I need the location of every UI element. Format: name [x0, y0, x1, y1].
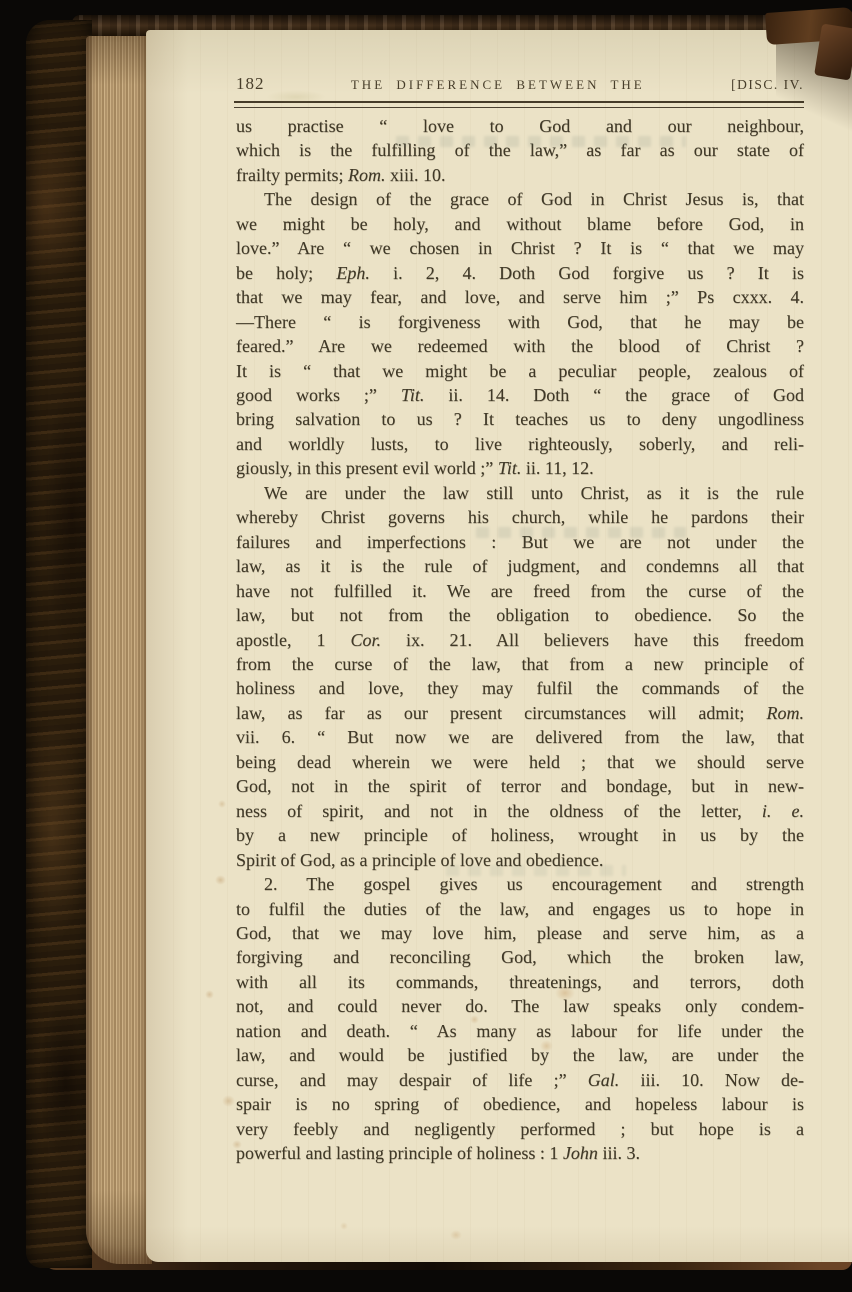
text-line: God, that we may love him, please and se…	[236, 921, 804, 945]
foxing-stain	[215, 875, 226, 885]
running-title: THE DIFFERENCE BETWEEN THE	[351, 77, 645, 93]
text-line: curse, and may despair of life ;” Gal. i…	[236, 1068, 804, 1092]
text-line: Spirit of God, as a principle of love an…	[236, 848, 804, 872]
torn-leather-corner	[814, 24, 852, 81]
text-line: us practise “ love to God and our neighb…	[236, 114, 804, 138]
text-line: which is the fulfilling of the law,” as …	[236, 138, 804, 162]
text-line: forgiving and reconciling God, which the…	[236, 945, 804, 969]
page-number: 182	[236, 74, 265, 94]
page-header: 182 THE DIFFERENCE BETWEEN THE [DISC. IV…	[236, 74, 804, 94]
page-body: us practise “ love to God and our neighb…	[236, 114, 804, 1165]
text-line: law, but not from the obligation to obed…	[236, 603, 804, 627]
text-line: good works ;” Tit. ii. 14. Doth “ the gr…	[236, 383, 804, 407]
text-line: to fulfil the duties of the law, and eng…	[236, 897, 804, 921]
foxing-stain	[450, 1230, 462, 1240]
text-line: 2. The gospel gives us encouragement and…	[236, 872, 804, 896]
book-page: 182 THE DIFFERENCE BETWEEN THE [DISC. IV…	[146, 30, 852, 1262]
foxing-stain	[205, 990, 214, 999]
text-line: —There “ is forgiveness with God, that h…	[236, 310, 804, 334]
text-line: being dead wherein we were held ; that w…	[236, 750, 804, 774]
text-line: vii. 6. “ But now we are delivered from …	[236, 725, 804, 749]
foxing-stain	[340, 1222, 348, 1230]
text-line: law, and would be justified by the law, …	[236, 1043, 804, 1067]
fore-edge-page-stack	[86, 36, 152, 1264]
foxing-stain	[222, 1095, 235, 1107]
text-line: law, as far as our present circumstances…	[236, 701, 804, 725]
photo-backdrop: 182 THE DIFFERENCE BETWEEN THE [DISC. IV…	[0, 0, 852, 1292]
text-line: law, as it is the rule of judgment, and …	[236, 554, 804, 578]
text-line: It is “ that we might be a peculiar peop…	[236, 359, 804, 383]
text-line: we might be holy, and without blame befo…	[236, 212, 804, 236]
text-line: spair is no spring of obedience, and hop…	[236, 1092, 804, 1116]
text-line: love.” Are “ we chosen in Christ ? It is…	[236, 236, 804, 260]
text-line: nation and death. “ As many as labour fo…	[236, 1019, 804, 1043]
text-line: be holy; Eph. i. 2, 4. Doth God forgive …	[236, 261, 804, 285]
text-line: ness of spirit, and not in the oldness o…	[236, 799, 804, 823]
text-line: from the curse of the law, that from a n…	[236, 652, 804, 676]
text-line: not, and could never do. The law speaks …	[236, 994, 804, 1018]
text-line: failures and imperfections : But we are …	[236, 530, 804, 554]
text-line: We are under the law still unto Christ, …	[236, 481, 804, 505]
text-line: by a new principle of holiness, wrought …	[236, 823, 804, 847]
text-line: feared.” Are we redeemed with the blood …	[236, 334, 804, 358]
foxing-stain	[218, 800, 226, 808]
text-line: giously, in this present evil world ;” T…	[236, 456, 804, 480]
text-line: have not fulfilled it. We are freed from…	[236, 579, 804, 603]
text-line: with all its commands, threatenings, and…	[236, 970, 804, 994]
text-line: that we may fear, and love, and serve hi…	[236, 285, 804, 309]
text-line: powerful and lasting principle of holine…	[236, 1141, 804, 1165]
discourse-label: [DISC. IV.	[731, 77, 804, 93]
text-line: holiness and love, they may fulfil the c…	[236, 676, 804, 700]
text-line: The design of the grace of God in Christ…	[236, 187, 804, 211]
text-line: God, not in the spirit of terror and bon…	[236, 774, 804, 798]
book-cover-spine	[26, 20, 92, 1268]
text-line: very feebly and negligently performed ; …	[236, 1117, 804, 1141]
text-line: apostle, 1 Cor. ix. 21. All believers ha…	[236, 628, 804, 652]
text-line: whereby Christ governs his church, while…	[236, 505, 804, 529]
text-line: bring salvation to us ? It teaches us to…	[236, 407, 804, 431]
header-rule	[234, 101, 804, 108]
text-line: and worldly lusts, to live righteously, …	[236, 432, 804, 456]
text-line: frailty permits; Rom. xiii. 10.	[236, 163, 804, 187]
